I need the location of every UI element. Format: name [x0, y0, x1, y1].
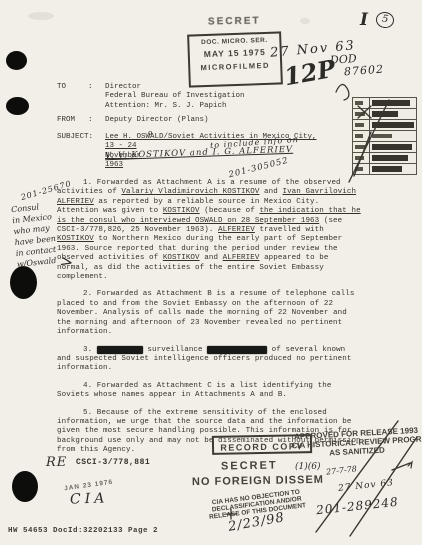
- ink-blot: [10, 266, 37, 299]
- to-line-1: Director: [105, 83, 355, 92]
- from-label: FROM: [57, 116, 75, 124]
- memo-header: TO : Director Federal Bureau of Investig…: [57, 83, 93, 152]
- to-line-3: Attention: Mr. S. J. Papich: [105, 102, 355, 111]
- handwritten-tab-number-circled: 5: [375, 11, 395, 29]
- ink-blot: [6, 97, 29, 115]
- microfilm-stamp: DOC. MICRO. SER. MAY 15 1975 MICROFILMED: [187, 31, 283, 87]
- handwritten-date-63-bottom: 27 Nov 63: [338, 478, 395, 494]
- to-line-2: Federal Bureau of Investigation: [105, 92, 355, 101]
- redaction-bar: [97, 346, 143, 354]
- handwritten-one-six: (1)(6): [295, 462, 321, 472]
- subject-label: SUBJECT:: [57, 133, 93, 141]
- to-label: TO: [57, 83, 66, 91]
- handwritten-file-number-subject: 201-305052: [228, 156, 290, 181]
- redaction-bar: [207, 346, 267, 354]
- csci-reference: CSCI-3/778,881: [76, 458, 150, 467]
- scanned-document-page: SECRET DOC. MICRO. SER. MAY 15 1975 MICR…: [0, 0, 422, 545]
- microfilm-stamp-line1: DOC. MICRO. SER.: [189, 36, 279, 46]
- archive-footer: HW 54653 DocId:32202133 Page 2: [8, 527, 158, 535]
- paragraph: 2. Forwarded as Attachment B is a resume…: [57, 290, 363, 337]
- paragraph: 3. surveillance of several known and sus…: [57, 346, 363, 374]
- handwritten-subject-mark: o: [148, 129, 152, 137]
- handwritten-cia: CIA: [70, 490, 109, 507]
- handwritten-re: RE: [46, 455, 67, 470]
- handwritten-tab-letter: I: [360, 10, 368, 30]
- secret-stamp-top: SECRET: [208, 16, 261, 28]
- scan-smudge: [300, 18, 310, 24]
- handwritten-file-number-bottom: 201-289248: [315, 495, 399, 518]
- from-value: Deputy Director (Plans): [105, 116, 355, 125]
- secret-stamp-bottom: SECRET: [221, 460, 278, 473]
- handwritten-dod-number: 87602: [344, 63, 385, 79]
- handwritten-date-77: 27-7-78: [326, 464, 358, 476]
- handwritten-margin-note: Consul in Mexico who may have been in co…: [11, 200, 59, 270]
- no-foreign-dissem-stamp: NO FOREIGN DISSEM: [192, 474, 324, 488]
- paragraph: 1. Forwarded as Attachment A is a resume…: [57, 179, 363, 282]
- to-colon: :: [88, 83, 93, 92]
- scan-smudge: [28, 12, 54, 20]
- paragraph: 4. Forwarded as Attachment C is a list i…: [57, 382, 363, 401]
- microfilm-stamp-date: MAY 15 1975: [190, 46, 280, 59]
- approved-release-stamp: APPROVED FOR RELEASE 1993 CIA HISTORICAL…: [290, 426, 422, 460]
- body-paragraphs: 1. Forwarded as Attachment A is a resume…: [57, 179, 363, 464]
- ink-blot: [6, 51, 27, 70]
- ink-blot: [12, 471, 38, 502]
- from-colon: :: [88, 116, 93, 125]
- microfilm-stamp-line3: MICROFILMED: [190, 60, 280, 72]
